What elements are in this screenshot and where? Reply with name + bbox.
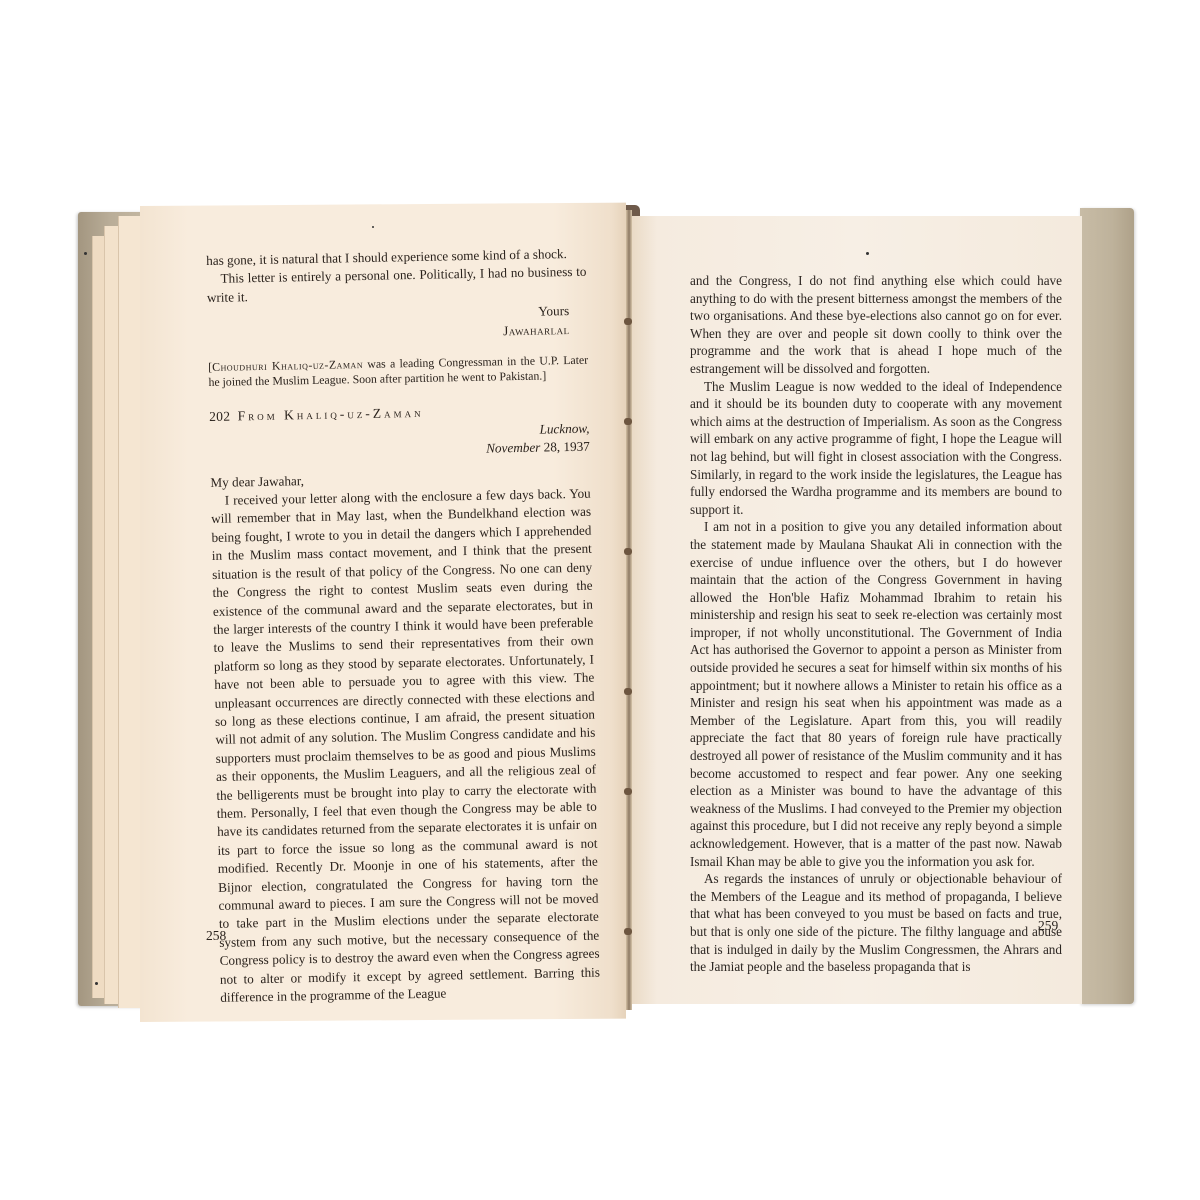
editor-note: [Choudhuri Khaliq-uz-Zaman was a leading… [208,353,589,391]
letter-title: From Khaliq-uz-Zaman [238,405,424,424]
date-month: November [486,440,540,456]
binding-stitch [624,688,632,695]
letter-number: 202 [209,409,230,424]
text-paragraph: I am not in a position to give you any d… [690,518,1062,870]
page-number-right: 259 [1038,918,1058,934]
page-speck [866,252,869,255]
text-paragraph: This letter is entirely a personal one. … [206,263,587,307]
book-cover-right [1080,208,1134,1004]
cover-speck [95,982,98,985]
page-speck [372,226,374,228]
text-paragraph: and the Congress, I do not find anything… [690,272,1062,378]
open-book: has gone, it is natural that I should ex… [0,0,1200,1200]
binding-stitch [624,788,632,795]
date-rest: 28, 1937 [540,439,590,455]
bracket: ] [542,369,546,383]
binding-stitch [624,318,632,325]
page-number-left: 258 [206,928,226,944]
text-paragraph: The Muslim League is now wedded to the i… [690,378,1062,519]
letter-body: I received your letter along with the en… [211,485,601,1008]
note-name: Choudhuri Khaliq-uz-Zaman [212,357,363,374]
text-paragraph: As regards the instances of unruly or ob… [690,870,1062,976]
left-page-text: has gone, it is natural that I should ex… [206,245,600,1008]
right-page-text: and the Congress, I do not find anything… [690,272,1062,976]
binding-stitch [624,548,632,555]
binding-stitch [624,928,632,935]
binding-stitch [624,418,632,425]
book-gutter [626,210,632,1010]
cover-speck [84,252,87,255]
